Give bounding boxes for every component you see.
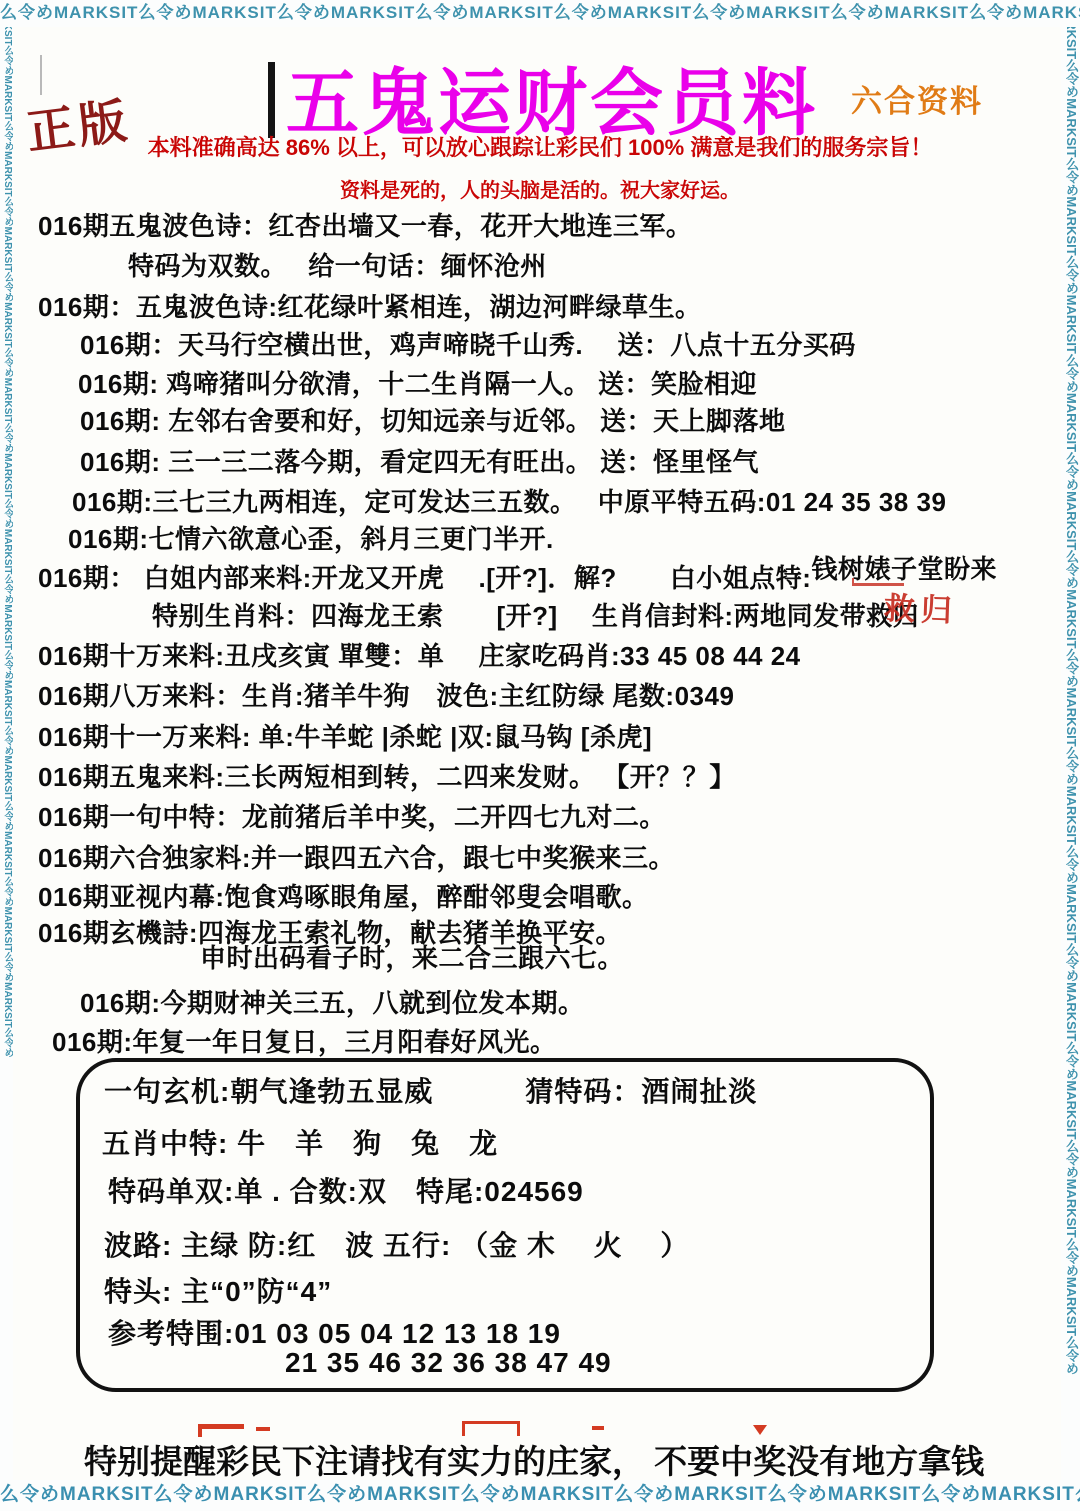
box-line-ref-numbers-2: 21 35 46 32 36 38 47 49 [285, 1347, 612, 1379]
tip-line: 016期亚视内幕:饱食鸡啄眼角屋，醉酣邻叟会唱歌。 [38, 877, 649, 914]
tip-line: 016期十一万来料: 单:牛羊蛇 |杀蛇 |双:鼠马钩 [杀虎] [38, 717, 652, 754]
title-left-bar [268, 62, 275, 138]
watermark-border-right: MARKSIT么令めMARKSIT么令めMARKSIT么令めMARKSIT么令め… [1061, 0, 1080, 1511]
scan-artifact-line [40, 55, 42, 95]
red-seal-text: 救归 [883, 583, 959, 631]
box-line-wave-road: 波路: 主绿 防:红 波 五行: （金 木 火 ） [104, 1224, 689, 1264]
red-overprint-mark [256, 1427, 270, 1435]
tip-line: 016期五鬼波色诗：红杏出墙又一春，花开大地连三军。 [38, 206, 692, 243]
watermark-border-top: 么令めMARKSIT么令めMARKSIT么令めMARKSIT么令めMARKSIT… [0, 0, 1080, 27]
tip-line: 016期:年复一年日复日，三月阳春好风光。 [52, 1022, 557, 1059]
lottery-tip-sheet: { "watermark": { "horizontal": "么令めMARKS… [0, 0, 1080, 1511]
mystery-phrase: 一句玄机:朝气逢勃五显威 [104, 1076, 433, 1107]
watermark-border-left: MARKSIT么令めMARKSIT么令めMARKSIT么令めMARKSIT么令め… [0, 0, 13, 1511]
tip-line: 016期：天马行空横出世，鸡声啼晓千山秀. 送：八点十五分买码 [80, 325, 856, 362]
tip-line: 016期八万来料：生肖:猪羊牛狗 波色:主红防绿 尾数:0349 [38, 676, 734, 713]
luck-slogan: 资料是死的，人的头脑是活的。祝大家好运。 [30, 174, 1050, 203]
tip-line: 特码为双数。 给一句话：缅怀沧州 [128, 246, 547, 283]
box-line-ref-numbers-1: 参考特围:01 03 05 04 12 13 18 19 [108, 1312, 561, 1352]
red-overprint-mark [753, 1425, 767, 1435]
box-line: 一句玄机:朝气逢勃五显威猜特码：酒闹扯淡 [104, 1070, 757, 1110]
tip-line: 016期:今期财神关三五，八就到位发本期。 [80, 983, 585, 1020]
subtitle-right: 六合资料 [851, 76, 983, 121]
watermark-border-bottom: 么令めMARKSIT么令めMARKSIT么令めMARKSIT么令めMARKSIT… [0, 1480, 1080, 1511]
accuracy-slogan: 本料准确高达 86% 以上，可以放心跟踪让彩民们 100% 满意是我们的服务宗旨… [30, 131, 1050, 162]
prediction-summary-box: 一句玄机:朝气逢勃五显威猜特码：酒闹扯淡 五肖中特: 牛 羊 狗 兔 龙 特码单… [76, 1058, 934, 1392]
tip-line: 016期一句中特：龙前猪后羊中奖，二开四七九对二。 [38, 797, 666, 834]
tip-text: 016期： 白姐内部来料:开龙又开虎 .[开?]．解? 白小姐点特: [38, 563, 811, 593]
red-overprint-mark [592, 1426, 604, 1433]
tip-line: 016期: 左邻右舍要和好，切知远亲与近邻。 送：天上脚落地 [80, 401, 786, 438]
tip-line: 016期:三七三九两相连，定可发达三五数。 中原平特五码:01 24 35 38… [72, 482, 946, 519]
tip-line: 016期十万来料:丑戌亥寅 單雙：单 庄家吃码肖:33 45 08 44 24 [38, 636, 801, 673]
tip-raised-text: 钱树婊子堂盼来 [811, 554, 997, 584]
footer-warning: 特别提醒彩民下注请找有实力的庄家， 不要中奖没有地方拿钱 [84, 1436, 984, 1483]
tip-line: 016期五鬼来料:三长两短相到转，二四来发财。 【开？？】 [38, 757, 736, 794]
box-line-odd-even: 特码单双:单 . 合数:双 特尾:024569 [108, 1170, 584, 1210]
tip-line: 016期： 白姐内部来料:开龙又开虎 .[开?]．解? 白小姐点特:钱树婊子堂盼… [38, 558, 997, 595]
box-line-five-zodiac: 五肖中特: 牛 羊 狗 兔 龙 [102, 1122, 498, 1162]
tip-line: 特别生肖料：四海龙王索 [开?] 生肖信封料:两地同发带救归 [152, 596, 919, 633]
guess-special-code: 猜特码：酒闹扯淡 [525, 1076, 757, 1107]
tip-line: 申时出码看子时，来二合三跟六七。 [200, 938, 624, 975]
tip-line: 016期: 鸡啼猪叫分欲清，十二生肖隔一人。 送：笑脸相迎 [78, 364, 757, 401]
red-overprint-mark [462, 1421, 520, 1436]
tip-line: 016期六合独家料:并一跟四五六合，跟七中奖猴来三。 [38, 838, 675, 875]
box-line-special-head: 特头: 主“0”防“4” [104, 1270, 332, 1310]
tip-line: 016期:七情六欲意心歪，斜月三更门半开. [68, 519, 554, 556]
tip-line: 016期：五鬼波色诗:红花绿叶紧相连，湖边河畔绿草生。 [38, 287, 702, 324]
tip-line: 016期: 三一三二落今期，看定四无有旺出。 送：怪里怪气 [80, 442, 759, 479]
